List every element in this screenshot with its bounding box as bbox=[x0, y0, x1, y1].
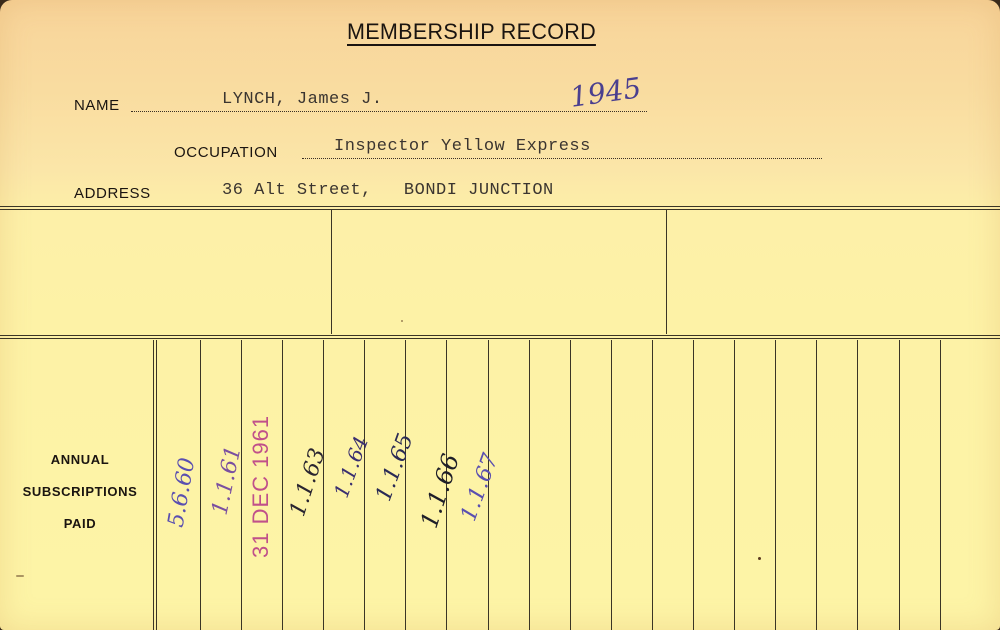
rule-top-1 bbox=[0, 206, 1000, 207]
paper-mark bbox=[16, 575, 24, 577]
subscription-entry-1: 5.6.60 bbox=[163, 451, 202, 534]
grid-line bbox=[200, 340, 201, 630]
grid-line-double-a bbox=[153, 340, 154, 630]
grid-line bbox=[940, 340, 941, 630]
grid-line bbox=[323, 340, 324, 630]
address-value: 36 Alt Street, BONDI JUNCTION bbox=[222, 181, 554, 200]
subscriptions-label-line-2: SUBSCRIPTIONS bbox=[5, 484, 155, 499]
paper-speck bbox=[758, 557, 761, 560]
occupation-label: OCCUPATION bbox=[174, 144, 278, 161]
card-title: MEMBERSHIP RECORD bbox=[347, 20, 596, 46]
grid-line bbox=[529, 340, 530, 630]
subscription-stamp-31-dec-1961: 31 DEC 1961 bbox=[248, 428, 274, 558]
name-value: LYNCH, James J. bbox=[222, 90, 383, 109]
subscriptions-label-line-3: PAID bbox=[5, 516, 155, 531]
grid-line-double-b bbox=[156, 340, 157, 630]
rule-top-2 bbox=[0, 209, 1000, 210]
grid-line bbox=[816, 340, 817, 630]
rule-mid-2 bbox=[0, 338, 1000, 339]
name-dotted-line bbox=[131, 111, 647, 112]
occupation-dotted-line bbox=[302, 158, 822, 159]
grid-line bbox=[693, 340, 694, 630]
grid-line bbox=[857, 340, 858, 630]
middle-divider-2 bbox=[666, 210, 667, 334]
grid-line bbox=[282, 340, 283, 630]
grid-line bbox=[611, 340, 612, 630]
grid-line bbox=[405, 340, 406, 630]
grid-line bbox=[364, 340, 365, 630]
membership-record-card: MEMBERSHIP RECORD NAME LYNCH, James J. 1… bbox=[0, 0, 1000, 630]
grid-line bbox=[241, 340, 242, 630]
grid-line bbox=[775, 340, 776, 630]
middle-divider-1 bbox=[331, 210, 332, 334]
occupation-value: Inspector Yellow Express bbox=[334, 137, 591, 156]
name-label: NAME bbox=[74, 97, 120, 114]
address-label: ADDRESS bbox=[74, 185, 151, 202]
grid-line bbox=[652, 340, 653, 630]
subscription-entry-4: 1.1.63 bbox=[283, 439, 333, 527]
rule-mid-1 bbox=[0, 335, 1000, 336]
grid-line bbox=[570, 340, 571, 630]
grid-line bbox=[899, 340, 900, 630]
paper-speck bbox=[401, 320, 403, 322]
name-year-handwritten: 1945 bbox=[568, 71, 643, 114]
grid-line bbox=[734, 340, 735, 630]
subscriptions-label-line-1: ANNUAL bbox=[5, 452, 155, 467]
